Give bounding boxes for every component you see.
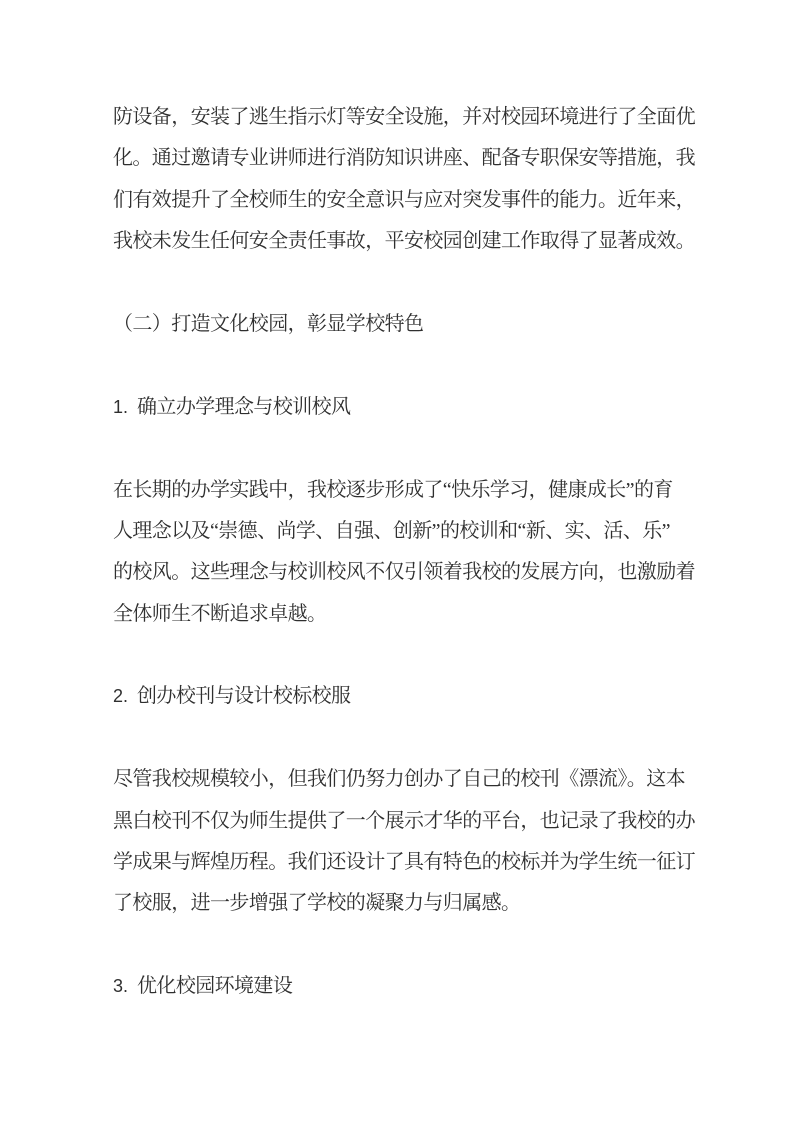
text-line: 人理念以及“崇德、尚学、自强、创新”的校训和“新、实、活、乐” [113, 511, 695, 552]
blank-line [113, 925, 695, 966]
paragraph-safety: 防设备，安装了逃生指示灯等安全设施，并对校园环境进行了全面优 化。通过邀请专业讲… [113, 97, 695, 263]
blank-line [113, 428, 695, 469]
paragraph-journal: 尽管我校规模较小，但我们仍努力创办了自己的校刊《漂流》。这本 黑白校刊不仅为师生… [113, 759, 695, 925]
text-line: 防设备，安装了逃生指示灯等安全设施，并对校园环境进行了全面优 [113, 97, 695, 138]
text-line: 在长期的办学实践中，我校逐步形成了“快乐学习，健康成长”的育 [113, 470, 695, 511]
text-line: 我校未发生任何安全责任事故，平安校园创建工作取得了显著成效。 [113, 221, 695, 262]
numbered-heading-title: 创办校刊与设计校标校服 [137, 685, 350, 707]
section-heading: （二）打造文化校园，彰显学校特色 [113, 304, 695, 345]
text-line: 黑白校刊不仅为师生提供了一个展示才华的平台，也记录了我校的办 [113, 801, 695, 842]
document-page-content: 防设备，安装了逃生指示灯等安全设施，并对校园环境进行了全面优 化。通过邀请专业讲… [113, 97, 695, 1008]
text-line: 化。通过邀请专业讲师进行消防知识讲座、配备专职保安等措施，我 [113, 138, 695, 179]
list-number: 2. [113, 676, 128, 717]
text-line: 了校服，进一步增强了学校的凝聚力与归属感。 [113, 883, 695, 924]
blank-line [113, 345, 695, 386]
text-line: 的校风。这些理念与校训校风不仅引领着我校的发展方向，也激励着 [113, 552, 695, 593]
numbered-heading-title: 优化校园环境建设 [137, 975, 292, 997]
text-line: 全体师生不断追求卓越。 [113, 594, 695, 635]
text-line: 们有效提升了全校师生的安全意识与应对突发事件的能力。近年来， [113, 180, 695, 221]
numbered-heading-1: 1.确立办学理念与校训校风 [113, 387, 695, 428]
blank-line [113, 718, 695, 759]
text-line: 学成果与辉煌历程。我们还设计了具有特色的校标并为学生统一征订 [113, 842, 695, 883]
paragraph-philosophy: 在长期的办学实践中，我校逐步形成了“快乐学习，健康成长”的育 人理念以及“崇德、… [113, 470, 695, 636]
numbered-heading-title: 确立办学理念与校训校风 [137, 396, 350, 418]
blank-line [113, 635, 695, 676]
text-line: 尽管我校规模较小，但我们仍努力创办了自己的校刊《漂流》。这本 [113, 759, 695, 800]
numbered-heading-3: 3.优化校园环境建设 [113, 966, 695, 1007]
list-number: 1. [113, 387, 128, 428]
blank-line [113, 263, 695, 304]
numbered-heading-2: 2.创办校刊与设计校标校服 [113, 676, 695, 717]
list-number: 3. [113, 966, 128, 1007]
